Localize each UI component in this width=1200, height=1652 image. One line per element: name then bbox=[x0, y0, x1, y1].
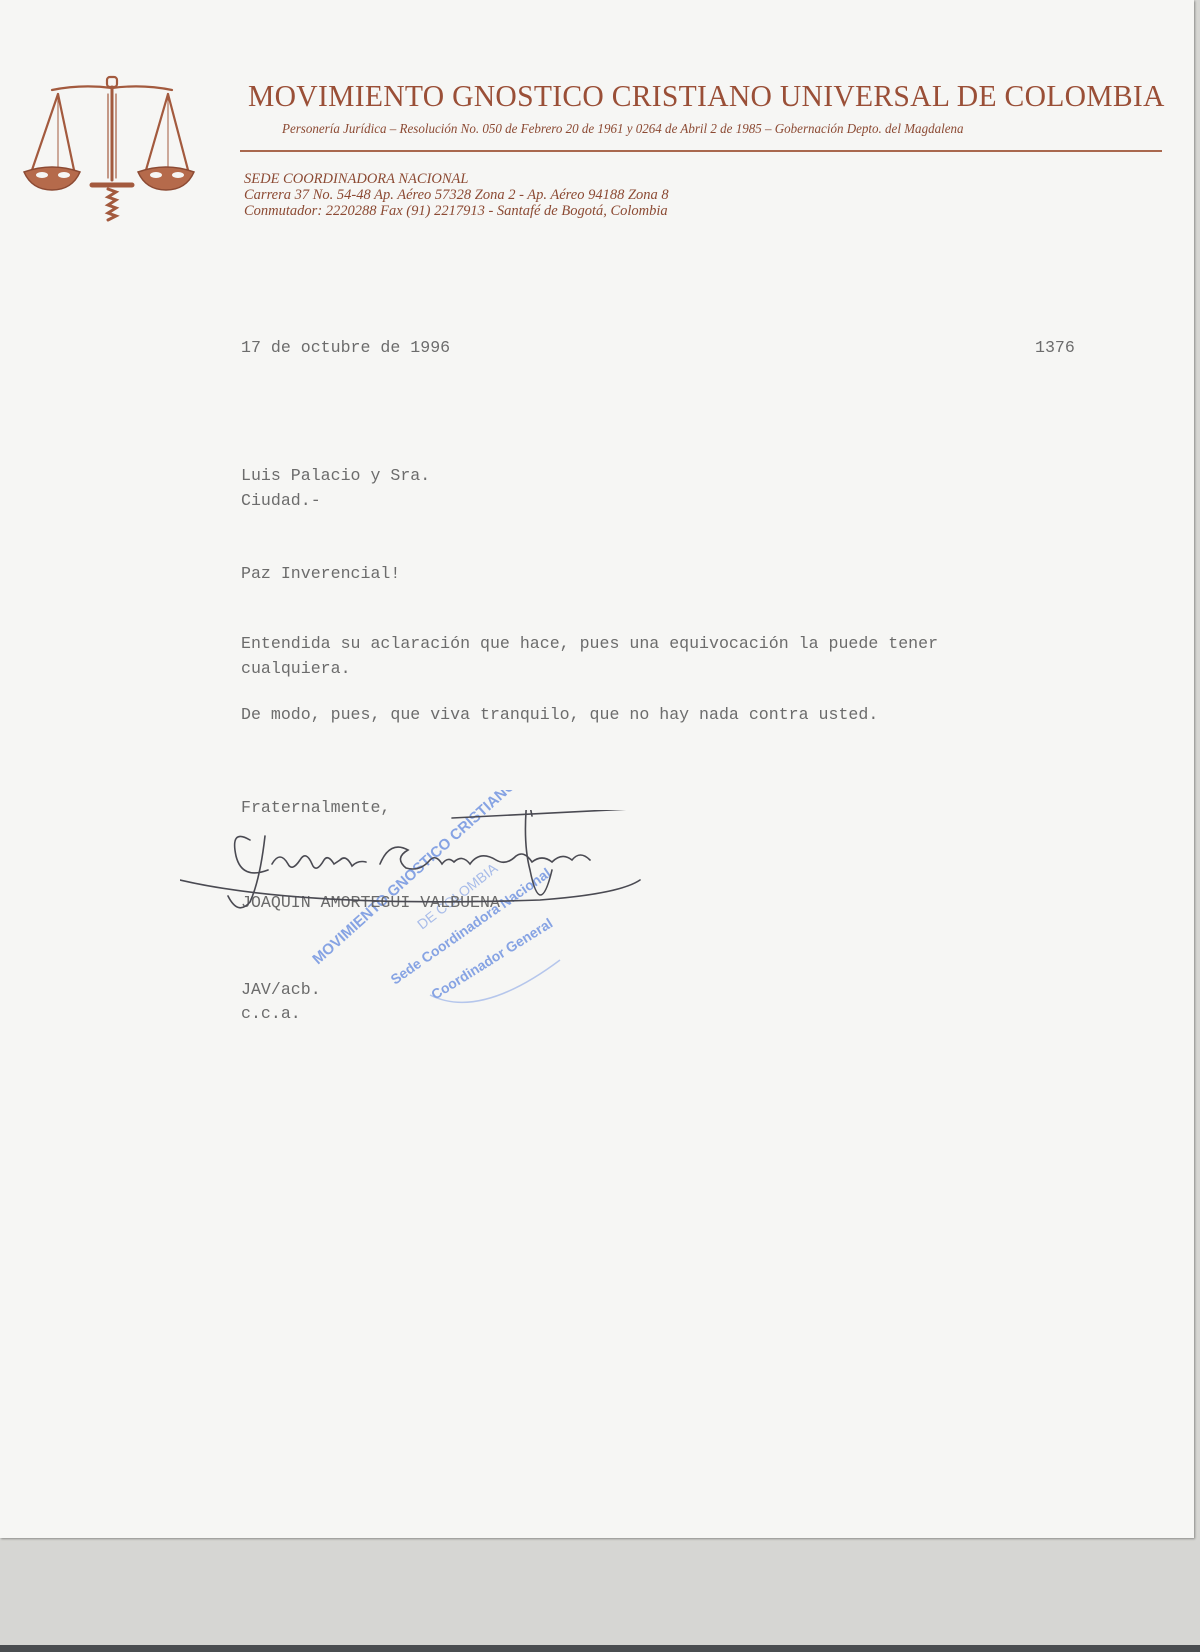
office-contact: Conmutador: 2220288 Fax (91) 2217913 - S… bbox=[244, 203, 669, 219]
typist-initials: JAV/acb. bbox=[241, 980, 321, 999]
legal-registration-line: Personería Jurídica – Resolución No. 050… bbox=[282, 122, 964, 138]
handwritten-signature-icon bbox=[180, 810, 680, 930]
office-name: SEDE COORDINADORA NACIONAL bbox=[244, 171, 669, 187]
office-block: SEDE COORDINADORA NACIONAL Carrera 37 No… bbox=[244, 171, 669, 219]
scanner-bottom-edge bbox=[0, 1645, 1200, 1652]
recipient-name: Luis Palacio y Sra. bbox=[241, 466, 430, 485]
greeting: Paz Inverencial! bbox=[241, 564, 400, 583]
body-paragraph-1-line-1: Entendida su aclaración que hace, pues u… bbox=[241, 634, 938, 653]
carbon-copy: c.c.a. bbox=[241, 1004, 301, 1023]
letter-page: MOVIMIENTO GNOSTICO CRISTIANO UNIVERSAL … bbox=[0, 0, 1194, 1538]
recipient-city: Ciudad.- bbox=[241, 491, 321, 510]
reference-number: 1376 bbox=[1035, 338, 1075, 357]
letter-date: 17 de octubre de 1996 bbox=[241, 338, 450, 357]
letterhead-divider bbox=[240, 150, 1162, 152]
office-address: Carrera 37 No. 54-48 Ap. Aéreo 57328 Zon… bbox=[244, 187, 669, 203]
body-paragraph-1-line-2: cualquiera. bbox=[241, 659, 351, 678]
scales-of-justice-with-sword-icon bbox=[22, 72, 222, 242]
organization-name: MOVIMIENTO GNOSTICO CRISTIANO UNIVERSAL … bbox=[248, 78, 1127, 114]
body-paragraph-2: De modo, pues, que viva tranquilo, que n… bbox=[241, 705, 878, 724]
